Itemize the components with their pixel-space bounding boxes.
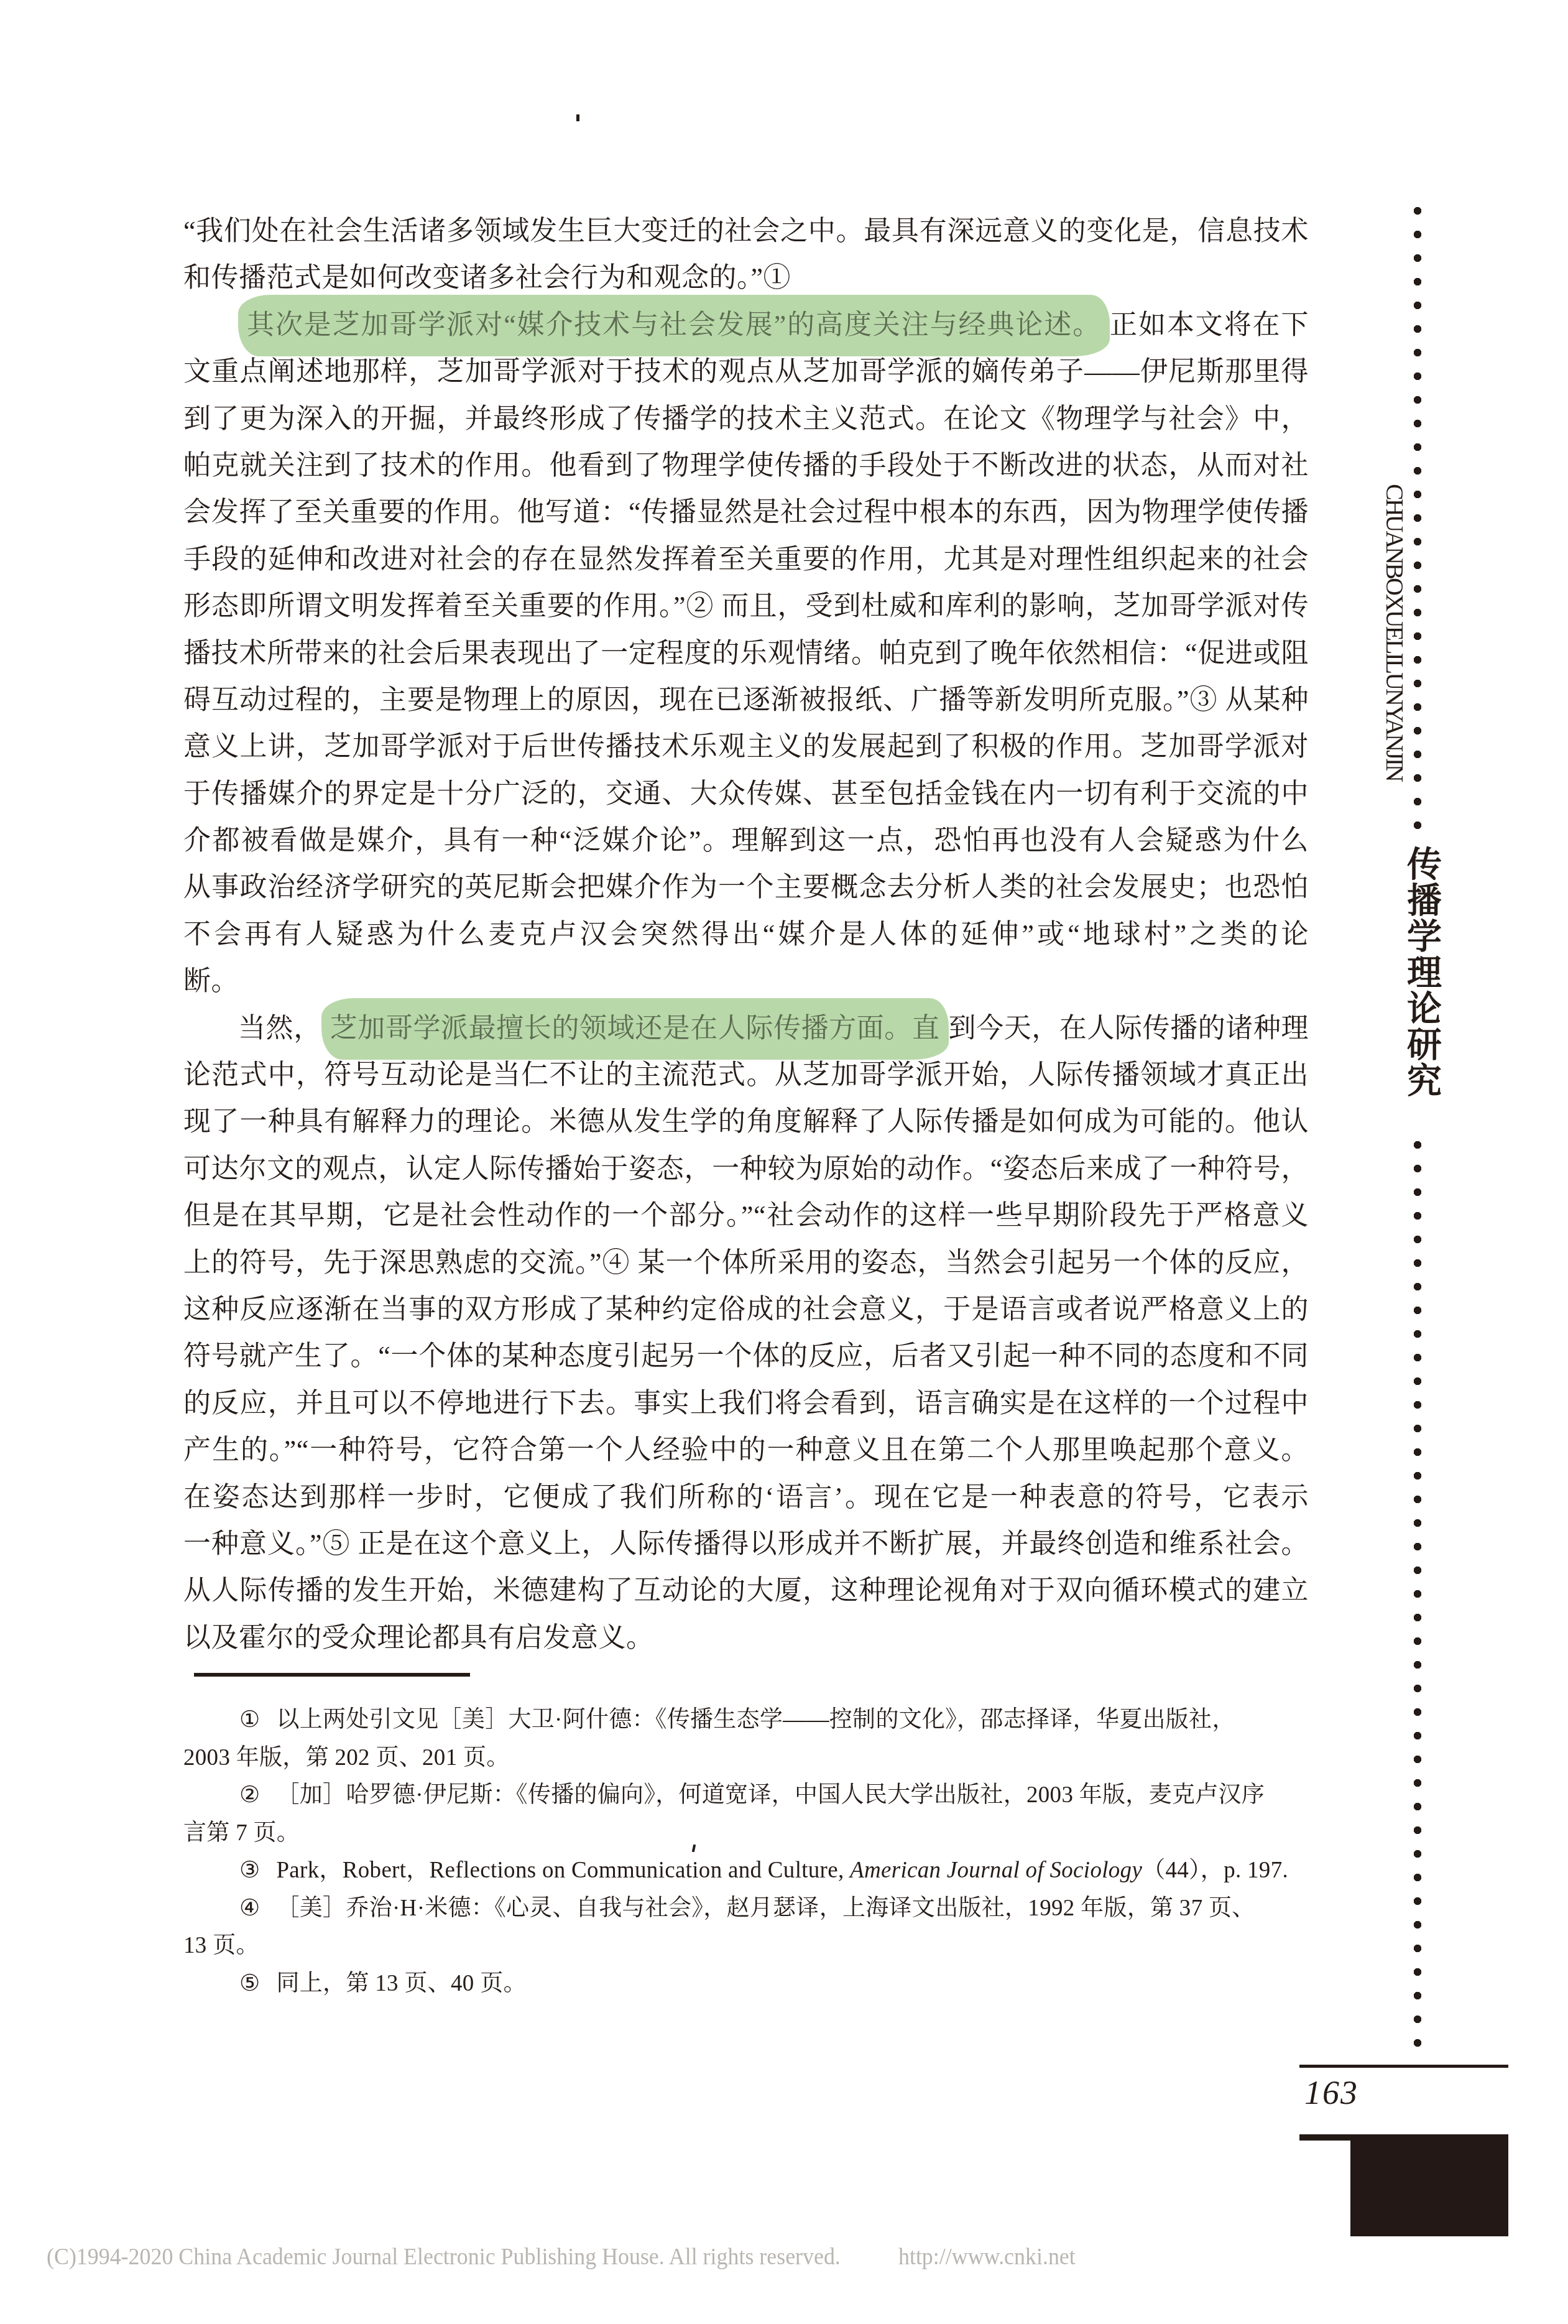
body-line: 一种意义。”⑤ 正是在这个意义上，人际传播得以形成并不断扩展，并最终创造和维系社…: [183, 1521, 1309, 1567]
footnote-line: 13 页。: [183, 1927, 1321, 1965]
footnote-line: ⑤同上，第 13 页、40 页。: [183, 1965, 1321, 2003]
footnote-divider: [194, 1673, 470, 1677]
body-line: 文重点阐述地那样，芝加哥学派对于技术的观点从芝加哥学派的嫡传弟子——伊尼斯那里得: [183, 348, 1309, 395]
sidebar-dotted-line-bottom: [1413, 1133, 1423, 2060]
body-line: 这种反应逐渐在当事的双方形成了某种约定俗成的社会意义，于是语言或者说严格意义上的: [183, 1286, 1309, 1333]
page-number-rule: [1299, 2065, 1508, 2068]
footnote-line: 言第 7 页。: [183, 1815, 1321, 1853]
body-line: 产生的。”“一种符号，它符合第一个人经验中的一种意义且在第二个人那里唤起那个意义…: [183, 1427, 1309, 1473]
body-line: 不会再有人疑惑为什么麦克卢汉会突然得出“媒介是人体的延伸”或“地球村”之类的论: [183, 911, 1309, 958]
footnote-marker: ②: [239, 1782, 276, 1808]
page-number: 163: [1304, 2073, 1358, 2112]
body-line: 帕克就关注到了技术的作用。他看到了物理学使传播的手段处于不断改进的状态，从而对社: [183, 442, 1309, 489]
footnote-line: ④［美］乔治·H·米德：《心灵、自我与社会》，赵月瑟译，上海译文出版社，1992…: [183, 1890, 1321, 1928]
footnote-marker: ④: [239, 1896, 276, 1921]
corner-black-line: [1299, 2134, 1357, 2141]
body-line: 到了更为深入的开掘，并最终形成了传播学的技术主义范式。在论文《物理学与社会》中，: [183, 396, 1309, 442]
body-line: 当然，芝加哥学派最擅长的领域还是在人际传播方面。直到今天，在人际传播的诸种理: [183, 1005, 1309, 1052]
body-line: 会发挥了至关重要的作用。他写道：“传播显然是社会过程中根本的东西，因为物理学使传…: [183, 489, 1309, 535]
body-line: 碍互动过程的，主要是物理上的原因，现在已逐渐被报纸、广播等新发明所克服。”③ 从…: [183, 677, 1309, 723]
body-line: 但是在其早期，它是社会性动作的一个部分。”“社会动作的这样一些早期阶段先于严格意…: [183, 1192, 1309, 1239]
body-line: 从事政治经济学研究的英尼斯会把媒介作为一个主要概念去分析人类的社会发展史；也恐怕: [183, 864, 1309, 910]
body-line: 其次是芝加哥学派对“媒介技术与社会发展”的高度关注与经典论述。正如本文将在下: [183, 302, 1309, 348]
body-line: 现了一种具有解释力的理论。米德从发生学的角度解释了人际传播是如何成为可能的。他认: [183, 1098, 1309, 1145]
body-line: 以及霍尔的受众理论都具有启发意义。: [183, 1614, 1309, 1661]
body-line: 播技术所带来的社会后果表现出了一定程度的乐观情绪。帕克到了晚年依然相信：“促进或…: [183, 630, 1309, 677]
body-line: 手段的延伸和改进对社会的存在显然发挥着至关重要的作用，尤其是对理性组织起来的社会: [183, 536, 1309, 583]
sidebar-dotted-line-top: [1413, 199, 1423, 837]
body-line: 介都被看做是媒介，具有一种“泛媒介论”。理解到这一点，恐怕再也没有人会疑惑为什么: [183, 817, 1309, 864]
body-line: “我们处在社会生活诸多领域发生巨大变迁的社会之中。最具有深远意义的变化是，信息技…: [183, 208, 1309, 254]
footnote-line: 2003 年版，第 202 页、201 页。: [183, 1739, 1321, 1777]
body-line: 的反应，并且可以不停地进行下去。事实上我们将会看到，语言确实是在这样的一个过程中: [183, 1380, 1309, 1427]
footnote-marker: ⑤: [239, 1971, 276, 1996]
body-text: “我们处在社会生活诸多领域发生巨大变迁的社会之中。最具有深远意义的变化是，信息技…: [183, 208, 1309, 1661]
sidebar-journal-title: 传播学理论研究: [1396, 846, 1446, 1107]
footnote-marker: ③: [239, 1858, 276, 1883]
cnki-url: http://www.cnki.net: [898, 2244, 1076, 2271]
sidebar-pinyin-label: CHUANBOXUELILUNYANJIN: [1380, 484, 1409, 845]
journal-title-italic: American Journal of Sociology: [850, 1858, 1142, 1883]
footnote-line: ①以上两处引文见［美］大卫·阿什德：《传播生态学——控制的文化》，邵志择译，华夏…: [183, 1701, 1321, 1739]
scan-speck: [576, 114, 579, 121]
body-line: 形态即所谓文明发挥着至关重要的作用。”② 而且，受到杜威和库利的影响，芝加哥学派…: [183, 583, 1309, 629]
footer-watermark: (C)1994-2020 China Academic Journal Elec…: [47, 2244, 1313, 2271]
body-line: 可达尔文的观点，认定人际传播始于姿态，一种较为原始的动作。“姿态后来成了一种符号…: [183, 1146, 1309, 1192]
footnotes: ①以上两处引文见［美］大卫·阿什德：《传播生态学——控制的文化》，邵志择译，华夏…: [183, 1701, 1321, 2002]
body-line: 在姿态达到那样一步时，它便成了我们所称的‘语言’。现在它是一种表意的符号，它表示: [183, 1474, 1309, 1521]
footnote-line: ②［加］哈罗德·伊尼斯：《传播的偏向》，何道宽译，中国人民大学出版社，2003 …: [183, 1777, 1321, 1815]
highlight-mark: 其次是芝加哥学派对“媒介技术与社会发展”的高度关注与经典论述。: [238, 295, 1110, 356]
copyright-notice: (C)1994-2020 China Academic Journal Elec…: [47, 2244, 841, 2271]
body-line: 符号就产生了。“一个体的某种态度引起另一个体的反应，后者又引起一种不同的态度和不…: [183, 1333, 1309, 1379]
corner-black-block: [1350, 2134, 1508, 2236]
body-line: 上的符号，先于深思熟虑的交流。”④ 某一个体所采用的姿态，当然会引起另一个体的反…: [183, 1239, 1309, 1286]
body-line: 意义上讲，芝加哥学派对于后世传播技术乐观主义的发展起到了积极的作用。芝加哥学派对: [183, 723, 1309, 770]
footnote-marker: ①: [239, 1707, 276, 1733]
highlight-mark: 芝加哥学派最擅长的领域还是在人际传播方面。直: [321, 998, 949, 1060]
scanned-journal-page: “我们处在社会生活诸多领域发生巨大变迁的社会之中。最具有深远意义的变化是，信息技…: [0, 0, 1568, 2324]
body-line: 从人际传播的发生开始，米德建构了互动论的大厦，这种理论视角对于双向循环模式的建立: [183, 1567, 1309, 1614]
body-line: 论范式中，符号互动论是当仁不让的主流范式。从芝加哥学派开始，人际传播领域才真正出: [183, 1052, 1309, 1098]
body-line: 于传播媒介的界定是十分广泛的，交通、大众传媒、甚至包括金钱在内一切有利于交流的中: [183, 771, 1309, 817]
footnote-line: ③Park，Robert，Reflections on Communicatio…: [183, 1852, 1321, 1890]
